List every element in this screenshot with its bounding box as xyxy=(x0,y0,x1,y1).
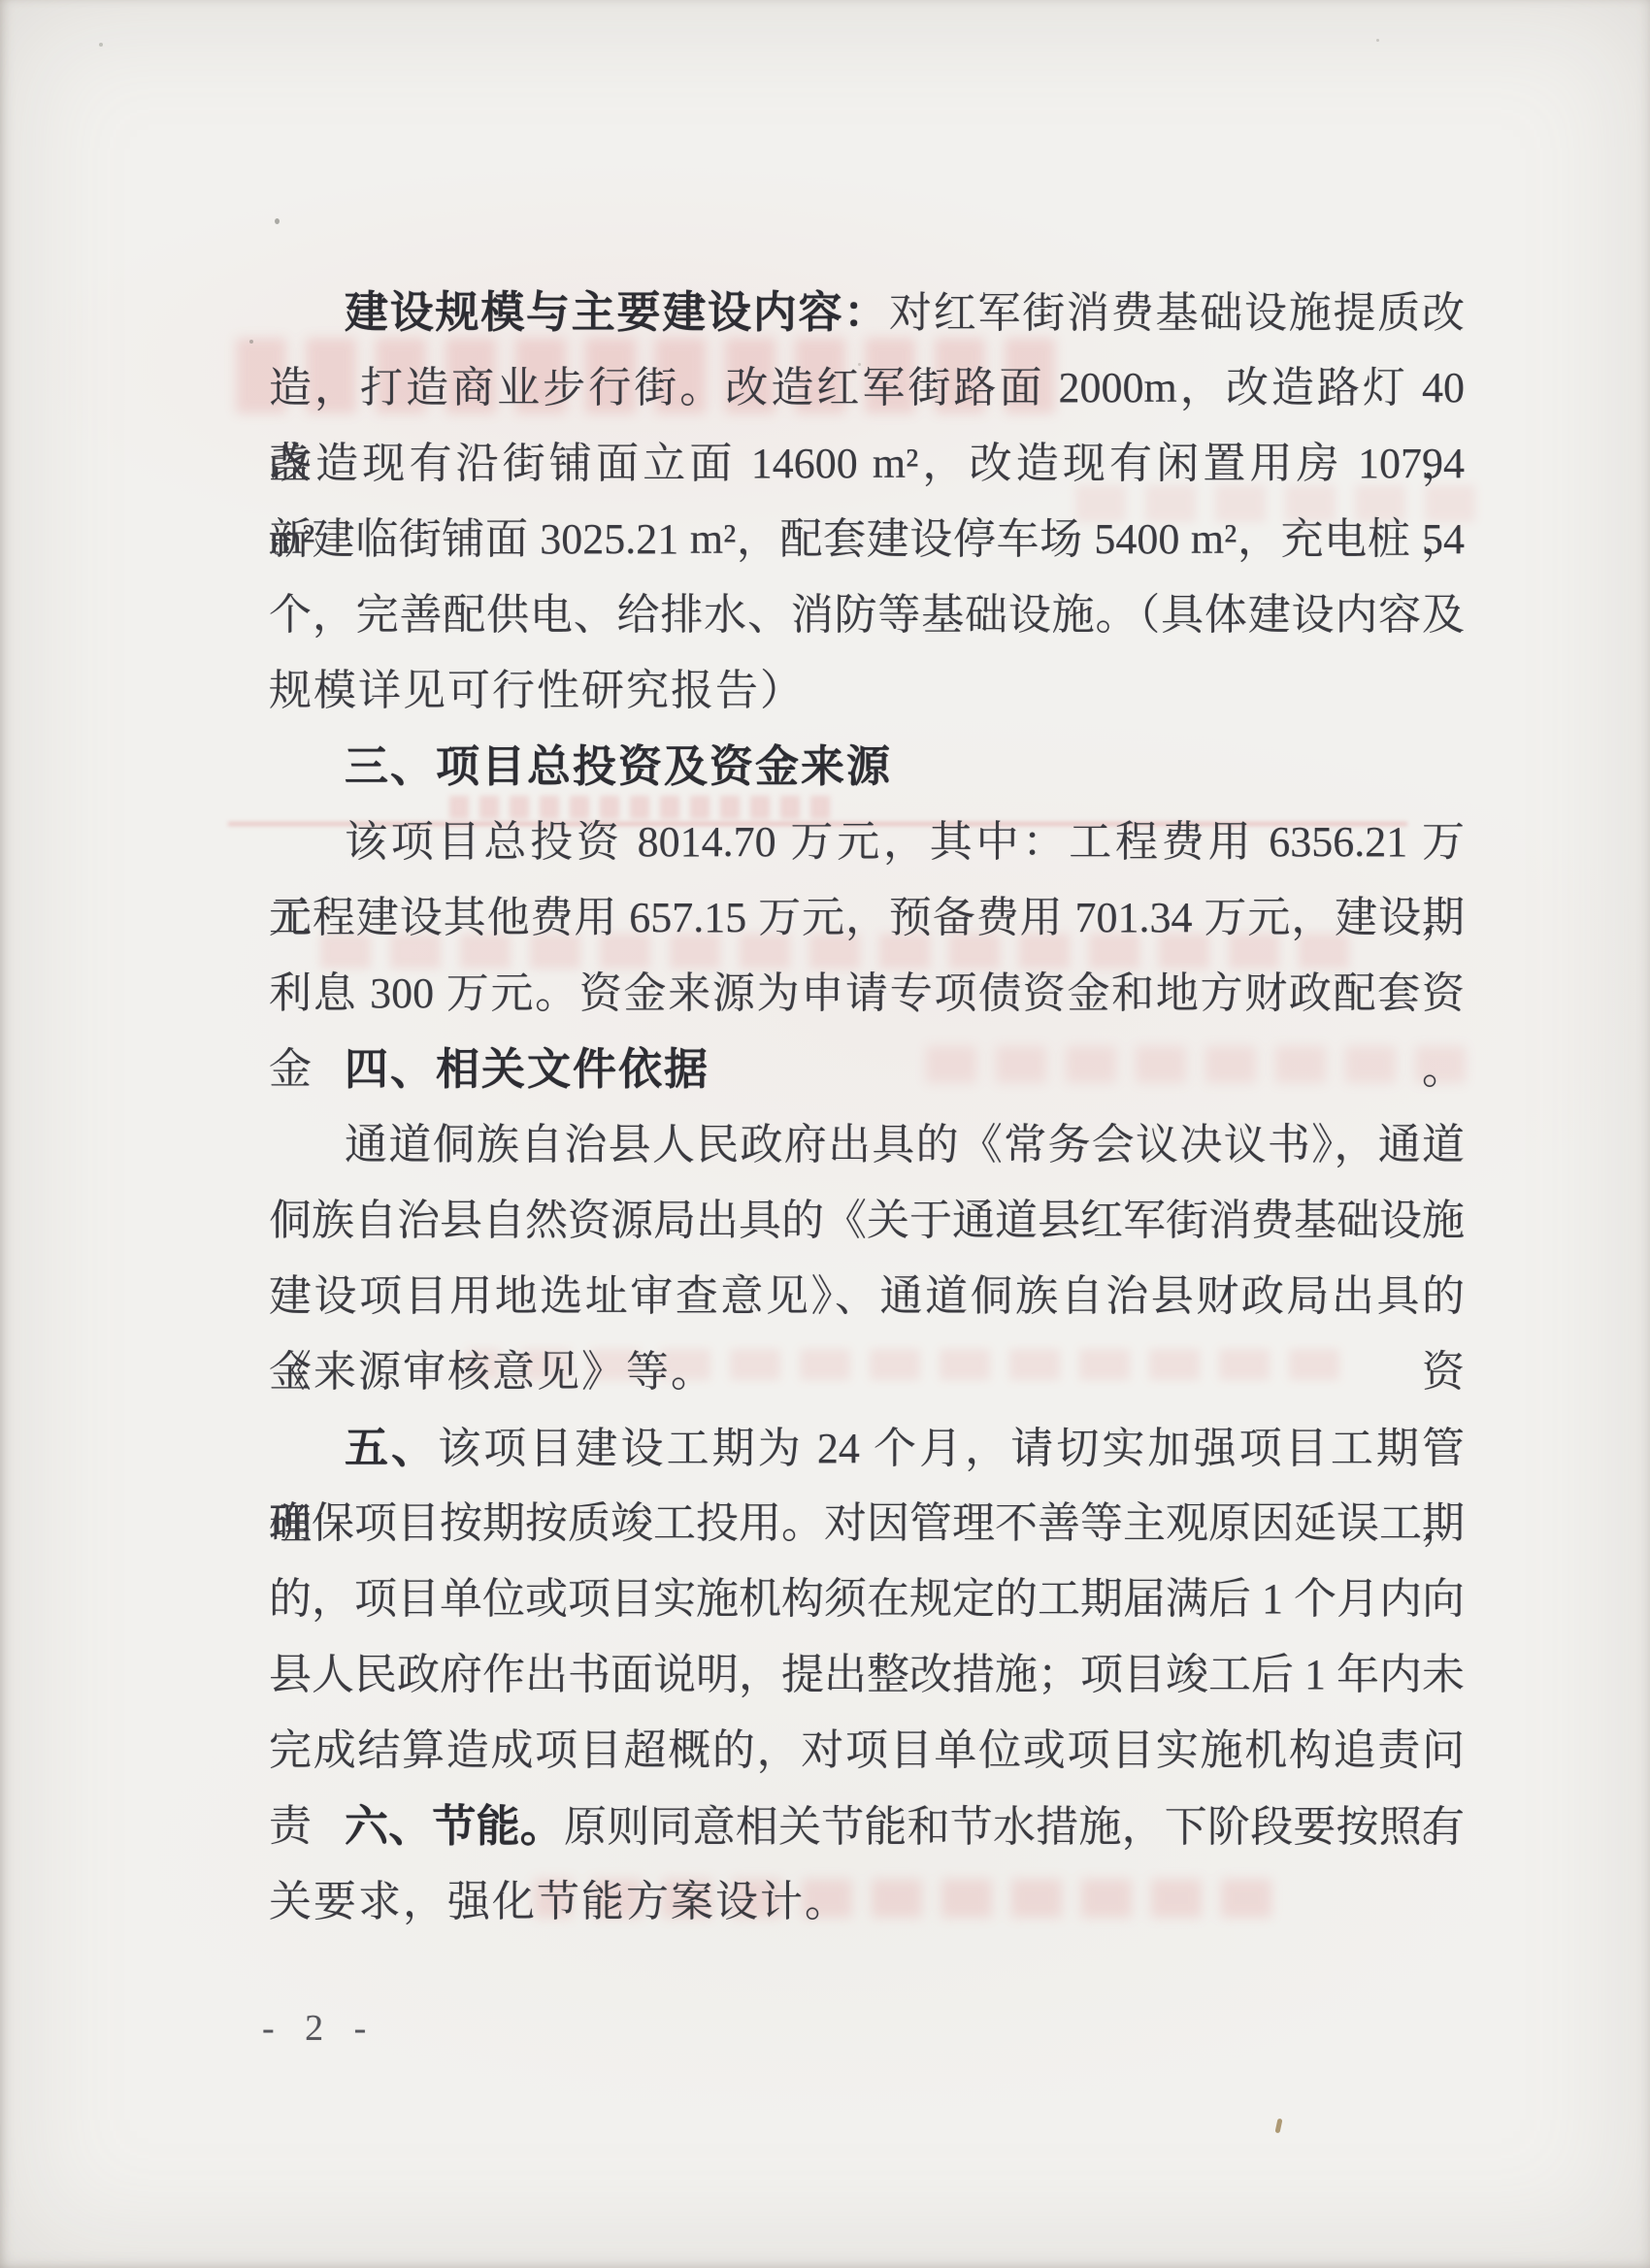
text-run: 通道侗族自治县人民政府出具的《常务会议决议书》，通道 xyxy=(345,1121,1465,1168)
text-line: 规模详见可行性研究报告） xyxy=(269,653,1465,729)
document-scan-page: 建设规模与主要建设内容：对红军街消费基础设施提质改 造，打造商业步行街。改造红军… xyxy=(0,0,1650,2268)
text-run: 关要求，强化节能方案设计。 xyxy=(269,1878,849,1925)
text-line: 造，打造商业步行街。改造红军街路面 2000m，改造路灯 40 盏， xyxy=(269,350,1465,426)
text-run: 金来源审核意见》等。 xyxy=(269,1348,715,1396)
text-line: 利息 300 万元。资金来源为申请专项债资金和地方财政配套资金。 xyxy=(269,956,1465,1032)
text-run: 县人民政府作出书面说明，提出整改措施；项目竣工后 1 年内未 xyxy=(269,1651,1465,1698)
text-run: 原则同意相关节能和节水措施，下阶段要按照有 xyxy=(564,1803,1465,1851)
text-run: 确保项目按期按质竣工投用。对因管理不善等主观原因延误工期 xyxy=(269,1499,1465,1547)
text-line: 完成结算造成项目超概的，对项目单位或项目实施机构追责问责。 xyxy=(269,1713,1465,1789)
text-line: 金来源审核意见》等。 xyxy=(269,1334,1465,1410)
text-line: 六、节能。原则同意相关节能和节水措施，下阶段要按照有 xyxy=(269,1789,1465,1864)
text-run: 规模详见可行性研究报告） xyxy=(269,667,805,714)
text-line: 县人民政府作出书面说明，提出整改措施；项目竣工后 1 年内未 xyxy=(269,1637,1465,1713)
text-line: 通道侗族自治县人民政府出具的《常务会议决议书》，通道 xyxy=(269,1107,1465,1183)
text-line: 工程建设其他费用 657.15 万元，预备费用 701.34 万元，建设期 xyxy=(269,880,1465,956)
text-line: 的，项目单位或项目实施机构须在规定的工期届满后 1 个月内向 xyxy=(269,1561,1465,1637)
bold-run: 三、项目总投资及资金来源 xyxy=(345,741,892,791)
text-line: 五、该项目建设工期为 24 个月，请切实加强项目工期管理， xyxy=(269,1410,1465,1486)
text-line: 该项目总投资 8014.70 万元，其中：工程费用 6356.21 万元， xyxy=(269,805,1465,880)
bold-run: 五、 xyxy=(345,1423,438,1472)
text-run: 对红军街消费基础设施提质改 xyxy=(889,289,1465,337)
text-run: 新建临街铺面 3025.21 m²，配套建设停车场 5400 m²，充电桩 54 xyxy=(269,515,1465,563)
scan-fleck xyxy=(1274,2119,1282,2134)
scan-speck xyxy=(1376,39,1379,42)
section-heading-line: 四、相关文件依据 xyxy=(269,1032,1465,1107)
text-line: 确保项目按期按质竣工投用。对因管理不善等主观原因延误工期 xyxy=(269,1486,1465,1561)
scan-speck xyxy=(275,218,280,224)
scan-speck xyxy=(99,43,103,47)
scan-speck xyxy=(249,340,253,344)
text-line: 建设规模与主要建设内容：对红军街消费基础设施提质改 xyxy=(269,275,1465,350)
text-line: 建设项目用地选址审查意见》、通道侗族自治县财政局出具的《资 xyxy=(269,1259,1465,1334)
bold-run: 四、相关文件依据 xyxy=(345,1044,709,1094)
text-line: 改造现有沿街铺面立面 14600 m²，改造现有闲置用房 10794 m²， xyxy=(269,426,1465,502)
text-line: 新建临街铺面 3025.21 m²，配套建设停车场 5400 m²，充电桩 54 xyxy=(269,502,1465,577)
text-line: 个，完善配供电、给排水、消防等基础设施。（具体建设内容及 xyxy=(269,577,1465,653)
text-line: 侗族自治县自然资源局出具的《关于通道县红军街消费基础设施 xyxy=(269,1183,1465,1259)
text-run: 侗族自治县自然资源局出具的《关于通道县红军街消费基础设施 xyxy=(269,1197,1465,1244)
text-run: 工程建设其他费用 657.15 万元，预备费用 701.34 万元，建设期 xyxy=(269,894,1465,941)
text-line: 关要求，强化节能方案设计。 xyxy=(269,1864,1465,1940)
bold-run: 六、节能。 xyxy=(345,1801,564,1851)
text-run: 的，项目单位或项目实施机构须在规定的工期届满后 1 个月内向 xyxy=(269,1575,1465,1623)
text-run: 个，完善配供电、给排水、消防等基础设施。（具体建设内容及 xyxy=(269,591,1465,639)
page-number: - 2 - xyxy=(262,2001,377,2055)
bold-run: 建设规模与主要建设内容： xyxy=(345,287,889,337)
section-heading-line: 三、项目总投资及资金来源 xyxy=(269,729,1465,805)
